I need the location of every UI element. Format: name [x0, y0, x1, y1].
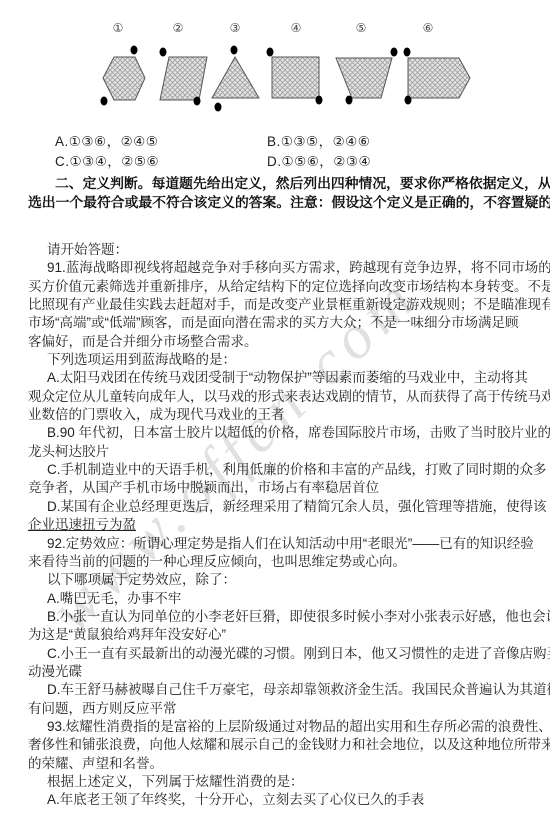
option-b: B.①③⑤，②④⑥	[267, 130, 370, 150]
text-line: 根据上述定义，下列属于炫耀性消费的是：	[28, 773, 522, 791]
corner-dot	[131, 46, 138, 55]
question-body: 请开始答题： 91.蓝海战略即视线将超越竞争对手移向买方需求，跨越现有竞争边界，…	[28, 241, 522, 810]
corner-dot	[231, 46, 238, 55]
text-line: 91.蓝海战略即视线将超越竞争对手移向买方需求，跨越现有竞争边界，将不同市场的	[28, 259, 522, 277]
text-line: D.某国有企业总经理更迭后，新经理采用了精简冗余人员，强化管理等措施，使得该	[28, 498, 522, 516]
text-line: 奢侈性和铺张浪费，向他人炫耀和展示自己的金钱财力和社会地位，以及这种地位所带来	[28, 736, 522, 754]
text-line: 龙头柯达胶片	[28, 443, 522, 461]
text-line: A.嘴巴无毛，办事不牢	[28, 590, 522, 608]
text-line: 有问题，西方则反应平常	[28, 700, 522, 718]
text-line: A.年底老王领了年终奖，十分开心，立刻去买了心仪已久的手表	[28, 791, 522, 809]
text-line: D.车王舒马赫被曝自己住千万豪宅，母亲却靠领救济金生活。我国民众普遍认为其道德	[28, 681, 522, 699]
exam-page: www.offcn.com ① ② ③ ④ ⑤ ⑥	[0, 0, 550, 818]
text-line: 业数倍的门票收入，成为现代马戏业的王者	[28, 406, 522, 424]
option-c: C.①③④，②⑤⑥	[55, 150, 159, 170]
corner-dot	[316, 96, 323, 105]
section-header: 二、定义判断。每道题先给出定义，然后列出四种情况，要求你严格依据定义，从中 选出…	[28, 174, 522, 212]
corner-dot	[101, 97, 108, 106]
section-header-line: 二、定义判断。每道题先给出定义，然后列出四种情况，要求你严格依据定义，从中	[28, 174, 522, 193]
figure-shapes-svg	[0, 0, 550, 120]
text-line: 动漫光碟	[28, 663, 522, 681]
text-line: 下列选项运用到蓝海战略的是：	[28, 351, 522, 369]
shape-pentagon-arrow	[404, 48, 471, 105]
text-line: B.小张一直认为同单位的小李老奸巨猾，即使很多时候小李对小张表示好感，他也会认	[28, 608, 522, 626]
text-line: 比照现有产业最佳实践去赶超对手，而是改变产业景框重新设定游戏规则；不是瞄准现有	[28, 296, 522, 314]
text-line: 92.定势效应：所谓心理定势是指人们在认知活动中用“老眼光”——已有的知识经验	[28, 535, 522, 553]
text-line: 客偏好，而是合并细分市场整合需求。	[28, 333, 522, 351]
corner-dot	[267, 48, 274, 57]
text-line: 来看待当前的问题的一种心理反应倾向，也叫思维定势或心向。	[28, 553, 522, 571]
text-line: B.90 年代初，日本富士胶片以超低的价格，席卷国际胶片市场，击败了当时胶片业的	[28, 424, 522, 442]
text-line: A.太阳马戏团在传统马戏团受制于“动物保护”等因素而萎缩的马戏业中，主动将其	[28, 369, 522, 387]
text-line: 竞争者，从国产手机市场中脱颖而出，市场占有率稳居首位	[28, 479, 522, 497]
shape-trapezoid	[336, 48, 398, 105]
shape-hexagon	[101, 46, 146, 106]
text-line: 93.炫耀性消费指的是富裕的上层阶级通过对物品的超出实用和生存所必需的浪费性、	[28, 718, 522, 736]
text-line: 以下哪项属于定势效应，除了：	[28, 571, 522, 589]
option-a: A.①③⑥，②④⑤	[55, 130, 158, 150]
text-line: 请开始答题：	[28, 241, 522, 259]
corner-dot	[391, 48, 398, 57]
text-line: C.手机制造业中的天语手机，利用低廉的价格和丰富的产品线，打败了同时期的众多	[28, 461, 522, 479]
corner-dot	[215, 103, 222, 112]
shape-parallelogram	[160, 48, 208, 106]
shape-square	[267, 48, 323, 105]
figure-strip: ① ② ③ ④ ⑤ ⑥	[0, 0, 550, 120]
text-line: C.小王一直有买最新出的动漫光碟的习惯。刚到日本，他又习惯性的走进了音像店购买	[28, 645, 522, 663]
corner-dot	[404, 48, 411, 57]
text-line: 为这是“黄鼠狼给鸡拜年没安好心”	[28, 626, 522, 644]
section-header-line: 选出一个最符合或最不符合该定义的答案。注意：假设这个定义是正确的，不容置疑的。	[28, 193, 522, 212]
corner-dot	[405, 96, 412, 105]
corner-dot	[160, 48, 167, 57]
corner-dot	[194, 97, 201, 106]
text-line: 市场“高端”或“低端”顾客，而是面向潜在需求的买方大众；不是一味细分市场满足顾	[28, 314, 522, 332]
text-line: 买方价值元素筛选并重新排序，从给定结构下的定位选择向改变市场结构本身转变。不是	[28, 278, 522, 296]
option-d: D.①⑤⑥，②③④	[267, 150, 371, 170]
text-line: 观众定位从儿童转向成年人，以马戏的形式来表达戏剧的情节，从而获得了高于传统马戏	[28, 388, 522, 406]
corner-dot	[346, 96, 353, 105]
text-line-underlined: 企业迅速扭亏为盈	[28, 516, 522, 534]
text-line: 的荣耀、声望和名誉。	[28, 755, 522, 773]
shape-triangle	[212, 46, 259, 112]
